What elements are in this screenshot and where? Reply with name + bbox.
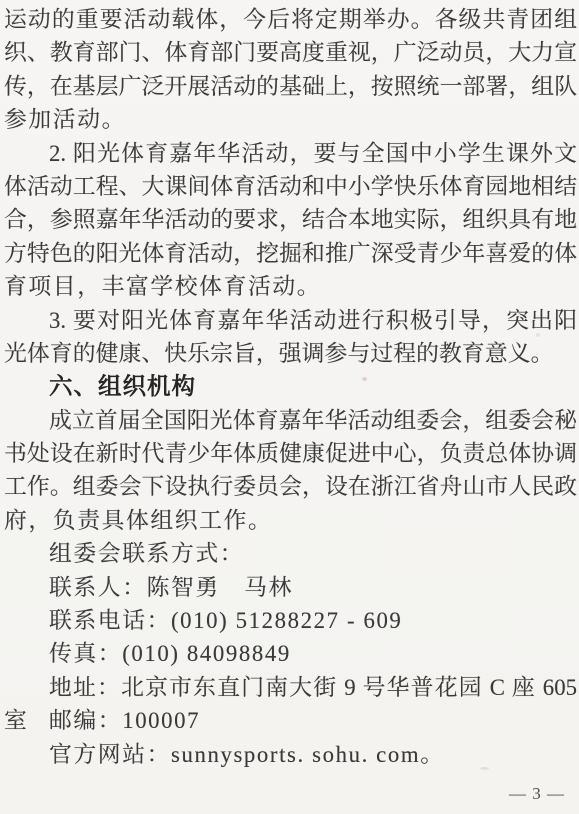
body-line: 府，负责具体组织工作。 [4, 504, 577, 537]
body-line-item-2: 2. 阳光体育嘉年华活动，要与全国中小学生课外文 [4, 137, 577, 170]
contact-postcode-line: 邮编：100007 [4, 704, 577, 737]
page-number: — 3 — [509, 784, 565, 804]
body-line-item-3: 3. 要对阳光体育嘉年华活动进行积极引导，突出阳 [4, 304, 577, 337]
contact-section-label: 组委会联系方式： [4, 537, 577, 570]
body-line: 成立首届全国阳光体育嘉年华活动组委会，组委会秘 [4, 404, 577, 437]
body-line: 运动的重要活动载体，今后将定期举办。各级共青团组 [4, 3, 577, 36]
body-line: 育项目，丰富学校体育活动。 [4, 270, 577, 303]
body-line: 光体育的健康、快乐宗旨，强调参与过程的教育意义。 [4, 337, 577, 370]
body-line: 体活动工程、大课间体育活动和中小学快乐体育园地相结 [4, 170, 577, 203]
body-line: 工作。组委会下设执行委员会，设在浙江省舟山市人民政 [4, 470, 577, 503]
body-line: 合，参照嘉年华活动的要求，结合本地实际，组织具有地 [4, 203, 577, 236]
contact-phone-line: 联系电话：(010) 51288227 - 609 [4, 604, 577, 637]
body-line: 织、教育部门、体育部门要高度重视，广泛动员，大力宣 [4, 36, 577, 69]
contact-address-line: 地址：北京市东直门南大街 9 号华普花园 C 座 605 室 [4, 671, 577, 704]
body-line: 方特色的阳光体育活动，挖掘和推广深受青少年喜爱的体 [4, 237, 577, 270]
document-text-block: 运动的重要活动载体，今后将定期举办。各级共青团组 织、教育部门、体育部门要高度重… [4, 3, 577, 771]
body-line: 书处设在新时代青少年体质健康促进中心，负责总体协调 [4, 437, 577, 470]
body-line: 传，在基层广泛开展活动的基础上，按照统一部署，组队 [4, 70, 577, 103]
contact-fax-line: 传真：(010) 84098849 [4, 637, 577, 670]
contact-person-line: 联系人：陈智勇 马林 [4, 571, 577, 604]
section-heading-organization: 六、组织机构 [4, 370, 577, 403]
contact-website-line: 官方网站：sunnysports. sohu. com。 [4, 738, 577, 771]
body-line: 参加活动。 [4, 103, 577, 136]
scanned-document-page: 运动的重要活动载体，今后将定期举办。各级共青团组 织、教育部门、体育部门要高度重… [0, 0, 579, 814]
